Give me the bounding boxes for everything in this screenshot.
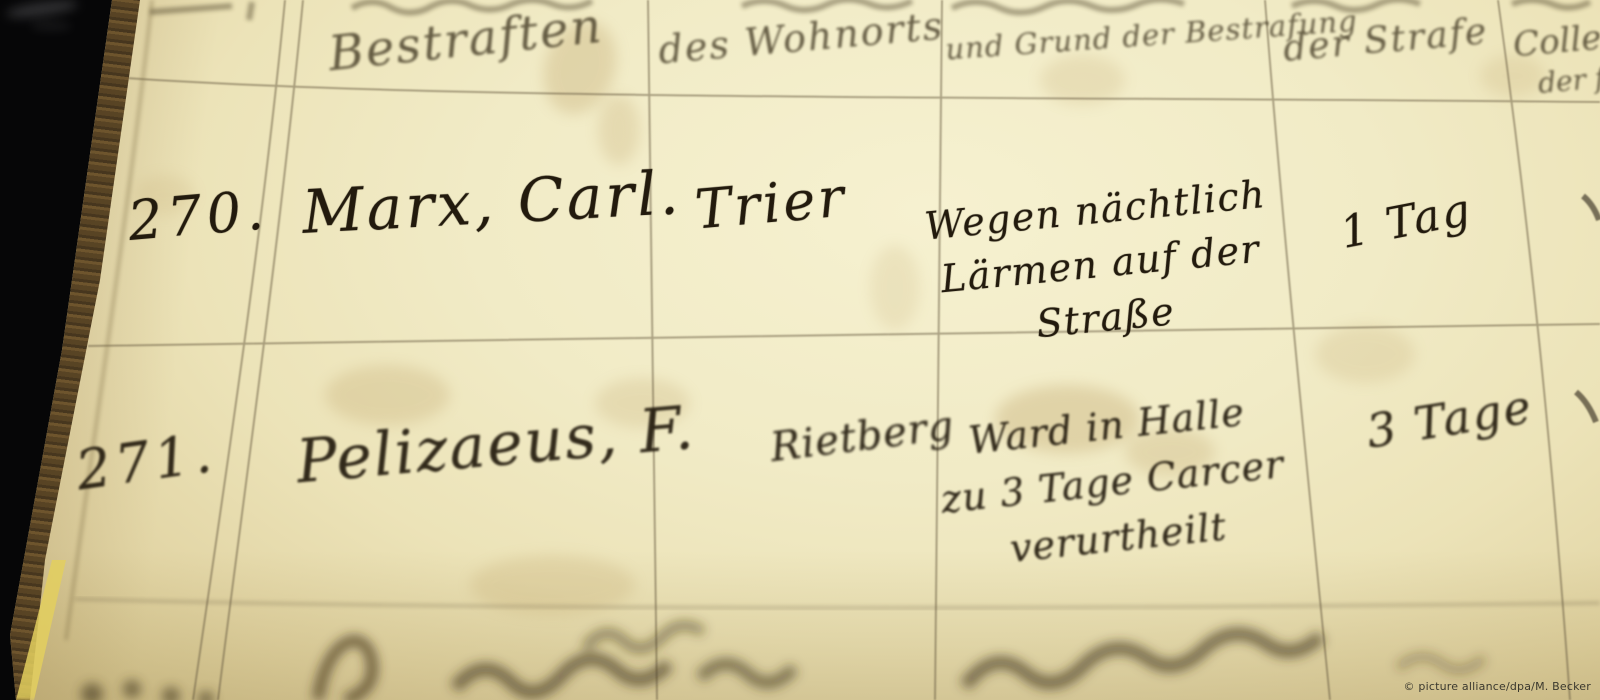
entry-reason: Wegen nächtlich Lärmen auf der Straße xyxy=(921,167,1280,361)
entry-origin: Trier xyxy=(693,166,850,242)
row-separator-blurred xyxy=(75,599,1600,608)
entry-number: 270. xyxy=(126,178,271,253)
header-remarks-column-line2: der f xyxy=(1537,61,1600,100)
lens-smudge xyxy=(30,22,72,30)
photo-credit-watermark: © picture alliance/dpa/M. Becker xyxy=(1404,680,1591,693)
illegible-edge-strokes xyxy=(1576,196,1599,422)
blurred-bottom-row-strokes xyxy=(318,625,1484,700)
ledger-photo: Bestraften des Wohnorts und Grund der Be… xyxy=(0,0,1600,700)
table-grid-lines xyxy=(0,0,1600,700)
